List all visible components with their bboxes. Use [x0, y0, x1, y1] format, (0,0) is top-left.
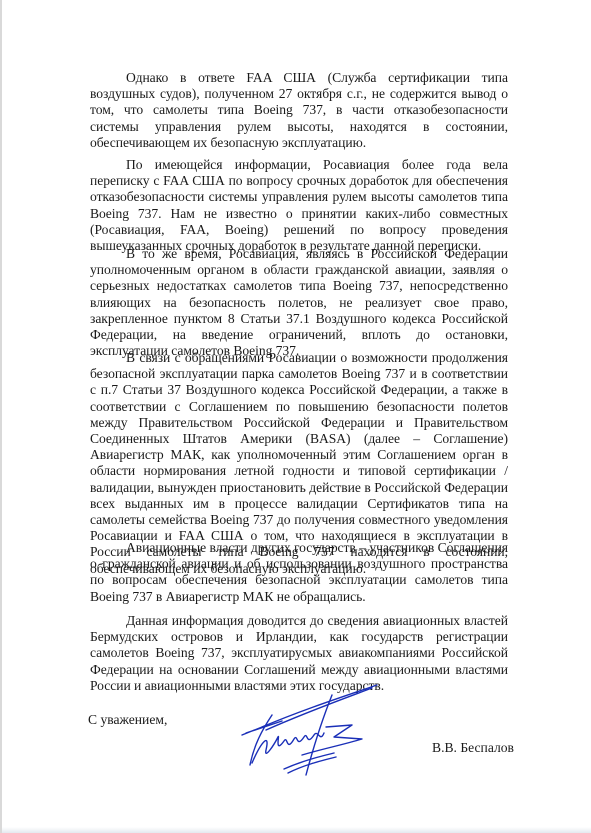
paragraph-rosaviatsia-authority: В то же время, Росавиация, являясь в Рос… — [90, 246, 508, 359]
signer-name: В.В. Беспалов — [432, 740, 514, 756]
paragraph-faa-response: Однако в ответе FAA США (Служба сертифик… — [90, 70, 508, 151]
page-bottom-edge — [2, 827, 591, 833]
signature-icon — [222, 675, 382, 785]
document-page: Однако в ответе FAA США (Служба сертифик… — [0, 0, 591, 833]
paragraph-other-states: Авиационные власти других государств – у… — [90, 540, 508, 605]
closing-salutation: С уважением, — [88, 712, 167, 728]
paragraph-rosaviatsia-correspondence: По имеющейся информации, Росавиация боле… — [90, 157, 508, 254]
